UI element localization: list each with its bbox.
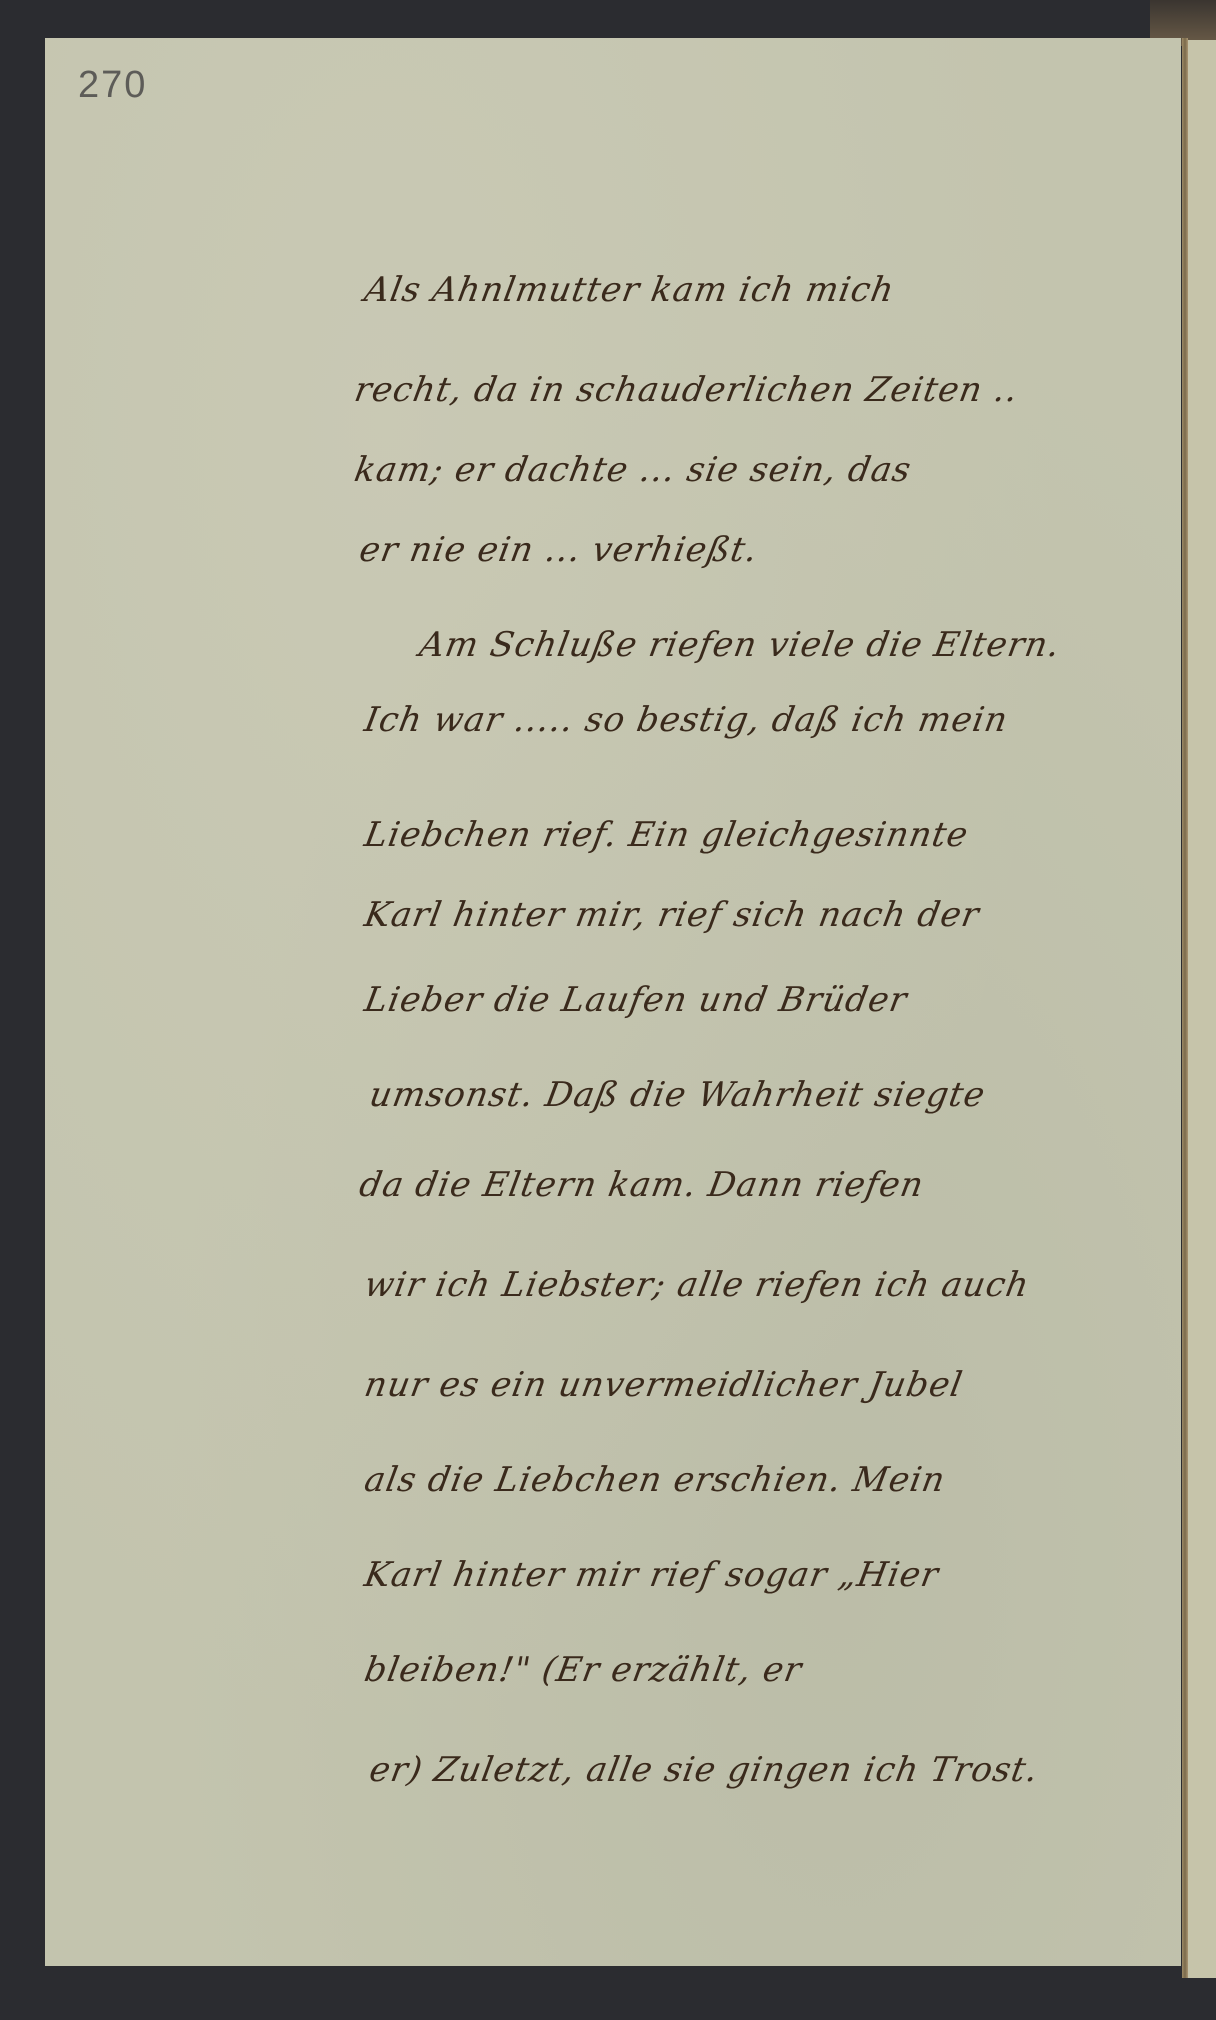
text-line: Karl hinter mir, rief sich nach der — [361, 895, 982, 935]
folio-number: 270 — [78, 64, 147, 107]
text-line: da die Eltern kam. Dann riefen — [356, 1165, 927, 1205]
text-line: wir ich Liebster; alle riefen ich auch — [361, 1265, 1032, 1305]
text-line: Lieber die Laufen und Brüder — [361, 980, 910, 1020]
text-line: er nie ein ... verhießt. — [356, 530, 761, 570]
text-line: Liebchen rief. Ein gleichgesinnte — [361, 815, 971, 855]
text-line: Ich war ..... so bestig, daß ich mein — [361, 700, 1011, 740]
text-line: recht, da in schauderlichen Zeiten .. — [351, 370, 1021, 410]
text-line: Karl hinter mir rief sogar „Hier — [361, 1555, 942, 1595]
text-line: als die Liebchen erschien. Mein — [361, 1460, 948, 1500]
text-line: Am Schluße riefen viele die Eltern. — [416, 625, 1063, 665]
text-line: umsonst. Daß die Wahrheit siegte — [366, 1075, 988, 1115]
text-line: er) Zuletzt, alle sie gingen ich Trost. — [366, 1750, 1041, 1790]
text-line: bleiben!" (Er erzählt, er — [361, 1650, 805, 1690]
text-line: Als Ahnlmutter kam ich mich — [361, 270, 897, 310]
text-line: nur es ein unvermeidlicher Jubel — [361, 1365, 966, 1405]
text-line: kam; er dachte ... sie sein, das — [351, 450, 914, 490]
adjacent-page-edge — [1188, 40, 1216, 1978]
